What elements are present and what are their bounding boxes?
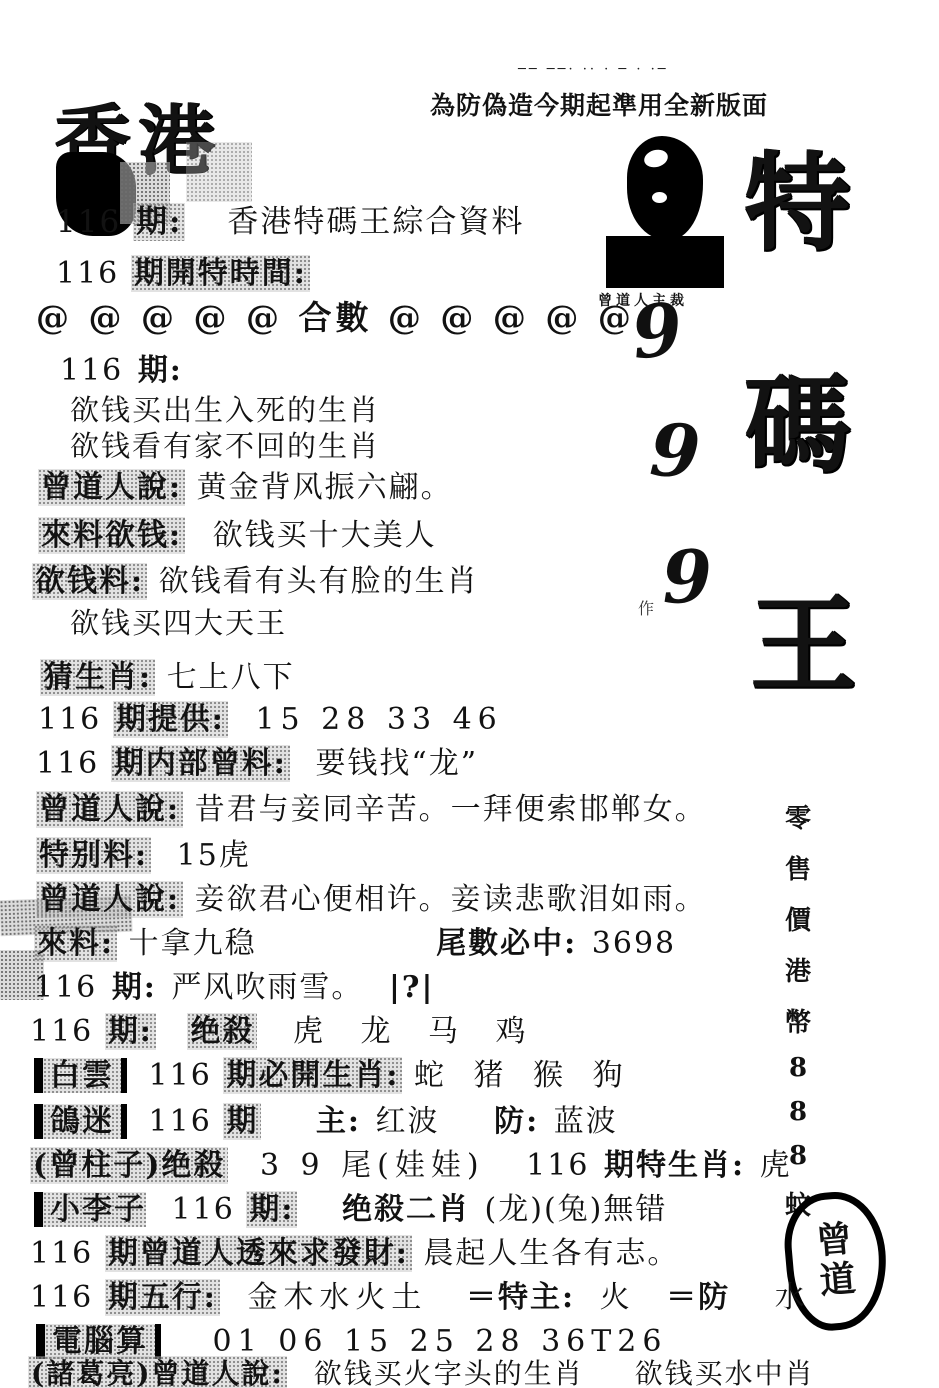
line-tip1: 欲钱买出生入死的生肖	[70, 388, 380, 429]
must-open-animals: 蛇 猪 猴 狗	[414, 1058, 633, 1093]
juesha-two-label: 绝殺二肖	[339, 1191, 473, 1228]
handwritten-nine: 9	[661, 533, 714, 620]
line-text: 欲钱看有家不回的生肖	[70, 429, 380, 463]
price-glyph: 售	[785, 849, 811, 886]
line-text: 香港特碼王綜合資料	[227, 204, 524, 240]
anti-counterfeit-notice: 為防偽造今期起準用全新版面	[430, 86, 768, 122]
tipster-baiyun-tag: 白雲	[34, 1058, 127, 1093]
issue-number: 116	[36, 746, 99, 781]
line-label: 期提供:	[113, 701, 228, 738]
seal-char: 曾	[815, 1221, 854, 1262]
line-gemi: 鴿迷 116 期 主: 红波 防: 蓝波	[34, 1096, 618, 1140]
line-zengdaoren-2: 曾道人說: 昔君与妾同辛苦。一拜便索邯郸女。	[36, 784, 707, 828]
guard-value: 水	[775, 1280, 807, 1315]
issue-number: 116	[30, 1280, 93, 1315]
line-label: 期:	[135, 352, 186, 389]
line-label: 來料欲钱:	[38, 517, 185, 554]
zeng-daoren-portrait	[606, 136, 724, 288]
juesha-label: 绝殺	[187, 1013, 257, 1050]
tail-number-label: 尾數必中:	[433, 925, 580, 962]
line-text: 欲钱买出生入死的生肖	[70, 393, 380, 427]
line-text: 妾欲君心便相许。妾读悲歌泪如雨。	[195, 882, 707, 917]
five-elements: 金木水火土	[247, 1280, 427, 1315]
main-wave-value: 红波	[376, 1104, 440, 1139]
handwritten-nine: 9	[648, 407, 702, 495]
tail-number-value: 3698	[592, 926, 676, 961]
line-juesha: 116 期: 绝殺 虎 龙 马 鸡	[30, 1006, 540, 1050]
line-lailiao: 來料: 十拿九稳 尾數必中: 3698	[34, 918, 676, 962]
scanned-tip-sheet: ── ──· ·· · ─ · ·─ 為防偽造今期起準用全新版面 香港 曾道人主…	[0, 0, 939, 1388]
line-tip3: 欲钱买四大天王	[70, 601, 287, 642]
line-text: 欲钱看有头有脸的生肖	[159, 564, 479, 599]
line-label: 猜生肖:	[40, 659, 155, 696]
portrait-shoulders	[606, 236, 724, 288]
line-label: 期開特時間:	[131, 255, 310, 292]
line-label: (曾柱子)绝殺	[30, 1147, 228, 1184]
line-weather: 116 期: 严风吹雨雪。 |?|	[34, 962, 434, 1006]
juesha-animals: 虎 龙 马 鸡	[293, 1014, 540, 1049]
line-zengzhuzi: (曾柱子)绝殺 3 9 尾(娃娃) 116 期特生肖: 虎	[30, 1140, 792, 1184]
line-text: 黄金背风振六翩。	[197, 470, 453, 505]
line-label: 期曾道人透來求發財:	[105, 1235, 412, 1272]
issue-number: 116	[172, 1192, 235, 1227]
line-text: 十拿九稳	[129, 926, 257, 961]
line-label: 來料:	[34, 925, 117, 962]
scan-dash-marks: ── ──· ·· · ─ · ·─	[518, 62, 669, 77]
line-label: 期:	[109, 969, 160, 1006]
portrait-highlight	[652, 192, 667, 203]
masthead-char-te: 特	[744, 150, 850, 256]
issue-number: 116	[149, 1104, 212, 1139]
line-text: 晨起人生各有志。	[423, 1236, 679, 1271]
unclear-mark: |?|	[389, 970, 434, 1005]
line-text: 昔君与妾同辛苦。一拜便索邯郸女。	[195, 792, 707, 827]
handwritten-nine: 9	[628, 286, 687, 376]
line-label: 特别料:	[36, 837, 151, 874]
scan-smudge	[186, 142, 252, 202]
line-neibu: 116 期内部曾料: 要钱找“龙”	[36, 738, 478, 782]
special-animal-value: 虎	[760, 1148, 792, 1183]
line-label: 期必開生肖:	[223, 1057, 402, 1094]
line-label: 欲钱料:	[32, 563, 147, 600]
line-text: (龙)(兔)無错	[485, 1192, 668, 1227]
main-wave-label: 主:	[313, 1103, 364, 1140]
line-text: 严风吹雨雪。	[171, 970, 363, 1005]
guard-wave-label: 防:	[491, 1103, 542, 1140]
masthead-char-ma: 碼	[744, 372, 850, 478]
line-label: 曾道人說:	[36, 791, 183, 828]
line-label: 期五行:	[105, 1279, 220, 1316]
special-main-value: 火	[600, 1280, 632, 1315]
line-lailiao-yuqian: 來料欲钱: 欲钱买十大美人	[38, 510, 437, 554]
line-text: @ @ @ @ @ 合數 @ @ @ @ @	[36, 298, 635, 337]
special-animal-label: 期特生肖:	[601, 1147, 748, 1184]
line-baiyun: 白雲 116 期必開生肖: 蛇 猪 猴 狗	[34, 1050, 633, 1094]
price-glyph: 零	[785, 798, 811, 835]
issue-number: 116	[30, 1236, 93, 1271]
line-zengdaoren-3: 曾道人說: 妾欲君心便相许。妾读悲歌泪如雨。	[36, 874, 707, 918]
issue-number: 116	[526, 1148, 589, 1183]
line-text: 3 9 尾(娃娃)	[260, 1148, 485, 1183]
line-label: 期:	[105, 1013, 156, 1050]
line-text: 欲钱买四大天王	[70, 606, 287, 640]
line-zhugeliang: (諸葛亮)曾道人說: 欲钱买火字头的生肖 欲钱买水中肖	[28, 1352, 815, 1388]
price-glyph: 8	[789, 1097, 807, 1127]
line-wuxing: 116 期五行: 金木水火土 ＝特主: 火 ＝防 水	[30, 1272, 807, 1316]
line-text: 要钱找“龙”	[315, 746, 478, 781]
line-cai-shengxiao: 猜生肖: 七上八下	[40, 652, 295, 696]
tipster-gemi-tag: 鴿迷	[34, 1104, 127, 1139]
line-tebieliao: 特别料: 15虎	[36, 830, 251, 874]
line-yuqianliao: 欲钱料: 欲钱看有头有脸的生肖	[32, 556, 479, 600]
line-label: 期	[223, 1103, 261, 1140]
line-label: 曾道人說:	[36, 881, 183, 918]
small-mark: 作	[638, 596, 654, 619]
guard-wave-value: 蓝波	[554, 1104, 618, 1139]
line-label: 期:	[246, 1191, 297, 1228]
line-text-2: 欲钱买水中肖	[635, 1357, 815, 1388]
price-glyph: 價	[785, 900, 811, 937]
issue-number: 116	[56, 256, 119, 291]
provided-numbers: 15 28 33 46	[255, 702, 502, 737]
line-label: (諸葛亮)曾道人說:	[28, 1356, 287, 1388]
issue-number: 116	[60, 353, 123, 388]
line-issue: 116 期:	[60, 345, 186, 389]
guard-label: ＝防	[663, 1279, 733, 1316]
line-text: 欲钱买火字头的生肖	[314, 1357, 584, 1388]
line-label: 期:	[133, 203, 185, 241]
line-label: 曾道人說:	[38, 469, 185, 506]
issue-number: 116	[34, 970, 97, 1005]
tipster-xiaolizi-tag: 小李子	[34, 1192, 146, 1227]
masthead-char-wang: 王	[750, 592, 856, 698]
line-text: 15虎	[177, 838, 251, 873]
line-tip2: 欲钱看有家不回的生肖	[70, 424, 380, 465]
price-glyph: 幣	[785, 1002, 811, 1039]
seal-char: 道	[818, 1260, 857, 1301]
line-title: 116 期: 香港特碼王綜合資料	[56, 196, 524, 241]
line-tigong: 116 期提供: 15 28 33 46	[38, 694, 503, 738]
line-text: 欲钱买十大美人	[213, 518, 437, 553]
line-text: 七上八下	[167, 660, 295, 695]
line-xiaolizi: 小李子 116 期: 绝殺二肖 (龙)(兔)無错	[34, 1184, 667, 1228]
price-glyph: 8	[789, 1053, 807, 1083]
price-glyph: 港	[785, 951, 811, 988]
line-open-time: 116 期開特時間:	[56, 248, 310, 292]
issue-number: 116	[56, 204, 121, 240]
special-main-label: ＝特主:	[463, 1279, 578, 1316]
issue-number: 116	[149, 1058, 212, 1093]
issue-number: 116	[30, 1014, 93, 1049]
price-glyph: 8	[789, 1141, 807, 1171]
line-label: 期内部曾料:	[111, 745, 290, 782]
line-at-row: @ @ @ @ @ 合數 @ @ @ @ @	[36, 292, 635, 339]
line-zengdaoren-1: 曾道人說: 黄金背风振六翩。	[38, 462, 453, 506]
issue-number: 116	[38, 702, 101, 737]
line-facai: 116 期曾道人透來求發財: 晨起人生各有志。	[30, 1228, 679, 1272]
